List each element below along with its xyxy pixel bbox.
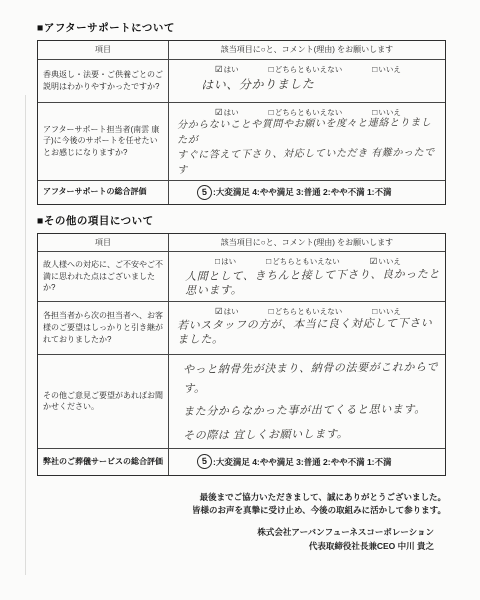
handwritten-comment-line: やっと納骨先が決まり、納骨の法要がこれからです。	[183, 358, 441, 399]
question-row-handover: 各担当者から次の担当者へ、お客様のご要望はしっかりと引き継がれておりましたか? …	[38, 301, 445, 354]
column-header-answer: 該当項目に○と、コメント(理由) をお願いします	[169, 41, 445, 59]
checkbox-icon: □	[269, 307, 274, 316]
checkbox-icon: □	[266, 257, 271, 266]
option-yes: ☑はい	[215, 64, 239, 75]
option-yes: ☑はい	[215, 107, 239, 118]
checkbox-checked-icon: ☑	[370, 257, 378, 266]
question-row-explanation: 香典返し・法要・ご供養ごとのご説明はわかりやすかったですか? ☑はい □どちらと…	[38, 59, 445, 102]
footer-company: 株式会社アーバンフューネスコーポレーション 代表取締役社長兼CEO 中川 貴之	[37, 526, 446, 553]
rating-cell: 5 :大変満足 4:やや満足 3:普通 2:やや不満 1:不満	[169, 449, 445, 475]
handwritten-comment-line: すぐに答えて下さり、対応していただき 有難かったです	[177, 146, 441, 178]
question-label: その他ご意見ご要望があればお聞かせください。	[38, 355, 169, 448]
question-label: 故人様への対応に、ご不安やご不満に思われた点はございましたか?	[38, 252, 169, 301]
handwritten-comment-line: その際は 宜しくお願いします。	[183, 424, 441, 446]
checkbox-checked-icon: ☑	[215, 65, 223, 74]
handwritten-comment-line: 分からないことや質問やお願いを度々と連絡とりましたが	[177, 116, 441, 148]
options-row: □はい □どちらともいえない ☑いいえ	[173, 254, 441, 267]
option-no: □いいえ	[372, 64, 401, 75]
checkbox-checked-icon: ☑	[215, 108, 223, 117]
ceo-signature: 代表取締役社長兼CEO 中川 貴之	[37, 540, 434, 554]
checkbox-icon: □	[269, 108, 274, 117]
rating-label: 弊社のご葬儀サービスの総合評価	[38, 449, 169, 475]
options-row: ☑はい □どちらともいえない □いいえ	[173, 105, 441, 118]
rating-label: アフターサポートの総合評価	[38, 181, 169, 204]
option-neither: □どちらともいえない	[266, 256, 340, 267]
scanned-survey-page: { "section1": { "title": "■アフターサポートについて"…	[0, 0, 480, 600]
options-row: ☑はい □どちらともいえない □いいえ	[173, 62, 441, 75]
question-label: アフターサポート担当者(南雲 康子)に今後のサポートを任せたいとお感じになります…	[38, 103, 169, 180]
handwritten-comment-line: また分からなかった事が出てくると思います。	[183, 401, 441, 423]
survey-sheet: ■アフターサポートについて 項目 該当項目に○と、コメント(理由) をお願いしま…	[37, 20, 446, 553]
question-label: 各担当者から次の担当者へ、お客様のご要望はしっかりと引き継がれておりましたか?	[38, 302, 169, 354]
option-no: □いいえ	[372, 306, 401, 317]
option-yes: □はい	[215, 256, 236, 267]
column-header-item: 項目	[38, 41, 169, 59]
question-row-deceased-care: 故人様への対応に、ご不安やご不満に思われた点はございましたか? □はい □どちら…	[38, 251, 445, 301]
question-row-other-opinions: その他ご意見ご要望があればお聞かせください。 やっと納骨先が決まり、納骨の法要が…	[38, 354, 445, 448]
column-header-answer: 該当項目に○と、コメント(理由) をお願いします	[169, 234, 445, 252]
option-label: はい	[224, 306, 239, 317]
company-name: 株式会社アーバンフューネスコーポレーション	[37, 526, 434, 540]
checkbox-icon: □	[372, 108, 377, 117]
handwritten-comment: 若いスタッフの方が、本当に良く対応して下さいました。	[177, 316, 441, 347]
option-label: いいえ	[378, 306, 401, 317]
question-label: 香典返し・法要・ご供養ごとのご説明はわかりやすかったですか?	[38, 60, 169, 102]
option-label: いいえ	[378, 64, 401, 75]
answer-cell: ☑はい □どちらともいえない □いいえ 分からないことや質問やお願いを度々と連絡…	[169, 103, 445, 180]
aftersupport-table: 項目 該当項目に○と、コメント(理由) をお願いします 香典返し・法要・ご供養ご…	[37, 40, 446, 205]
checkbox-icon: □	[215, 257, 220, 266]
scan-artifact-line	[25, 95, 26, 575]
options-row: ☑はい □どちらともいえない □いいえ	[173, 304, 441, 317]
thanks-line: 皆様のお声を真摯に受け止め、今後の取組みに活かして参ります。	[37, 504, 446, 517]
answer-cell: □はい □どちらともいえない ☑いいえ 人間として、きちんと接して下さり、良かっ…	[169, 252, 445, 301]
checkbox-checked-icon: ☑	[215, 307, 223, 316]
section-title-other-items: ■その他の項目について	[37, 213, 446, 228]
rating-scale: :大変満足 4:やや満足 3:普通 2:やや不満 1:不満	[213, 456, 392, 468]
thanks-line: 最後までご協力いただきまして、誠にありがとうございました。	[37, 491, 446, 504]
rating-cell: 5 :大変満足 4:やや満足 3:普通 2:やや不満 1:不満	[169, 181, 445, 204]
option-no: ☑いいえ	[370, 256, 401, 267]
option-label: どちらともいえない	[275, 64, 343, 75]
option-neither: □どちらともいえない	[269, 64, 343, 75]
handwritten-comment: 人間として、きちんと接して下さり、良かったと思います。	[185, 268, 441, 299]
option-label: はい	[224, 64, 239, 75]
rating-scale: :大変満足 4:やや満足 3:普通 2:やや不満 1:不満	[213, 186, 392, 198]
question-row-support-person: アフターサポート担当者(南雲 康子)に今後のサポートを任せたいとお感じになります…	[38, 102, 445, 180]
column-header-item: 項目	[38, 234, 169, 252]
footer-thanks: 最後までご協力いただきまして、誠にありがとうございました。 皆様のお声を真摯に受…	[37, 491, 446, 517]
option-label: はい	[224, 107, 239, 118]
selected-rating-circle: 5	[196, 184, 212, 200]
selected-rating-circle: 5	[196, 454, 212, 470]
table-header-row: 項目 該当項目に○と、コメント(理由) をお願いします	[38, 41, 445, 59]
option-label: どちらともいえない	[272, 256, 340, 267]
checkbox-icon: □	[269, 65, 274, 74]
option-neither: □どちらともいえない	[269, 306, 343, 317]
option-label: はい	[221, 256, 236, 267]
checkbox-icon: □	[372, 307, 377, 316]
option-label: いいえ	[378, 256, 401, 267]
rating-row-funeral-service: 弊社のご葬儀サービスの総合評価 5 :大変満足 4:やや満足 3:普通 2:やや…	[38, 448, 445, 475]
other-items-table: 項目 該当項目に○と、コメント(理由) をお願いします 故人様への対応に、ご不安…	[37, 233, 446, 476]
option-label: どちらともいえない	[275, 306, 343, 317]
option-label: どちらともいえない	[275, 107, 343, 118]
answer-cell: やっと納骨先が決まり、納骨の法要がこれからです。 また分からなかった事が出てくる…	[169, 355, 445, 448]
table-header-row: 項目 該当項目に○と、コメント(理由) をお願いします	[38, 234, 445, 252]
option-yes: ☑はい	[215, 306, 239, 317]
checkbox-icon: □	[372, 65, 377, 74]
rating-row-aftersupport: アフターサポートの総合評価 5 :大変満足 4:やや満足 3:普通 2:やや不満…	[38, 180, 445, 204]
answer-cell: ☑はい □どちらともいえない □いいえ はい、分かりました	[169, 60, 445, 102]
option-neither: □どちらともいえない	[269, 107, 343, 118]
answer-cell: ☑はい □どちらともいえない □いいえ 若いスタッフの方が、本当に良く対応して下…	[169, 302, 445, 354]
handwritten-comment: はい、分かりました	[201, 75, 441, 93]
section-title-aftersupport: ■アフターサポートについて	[37, 20, 446, 35]
